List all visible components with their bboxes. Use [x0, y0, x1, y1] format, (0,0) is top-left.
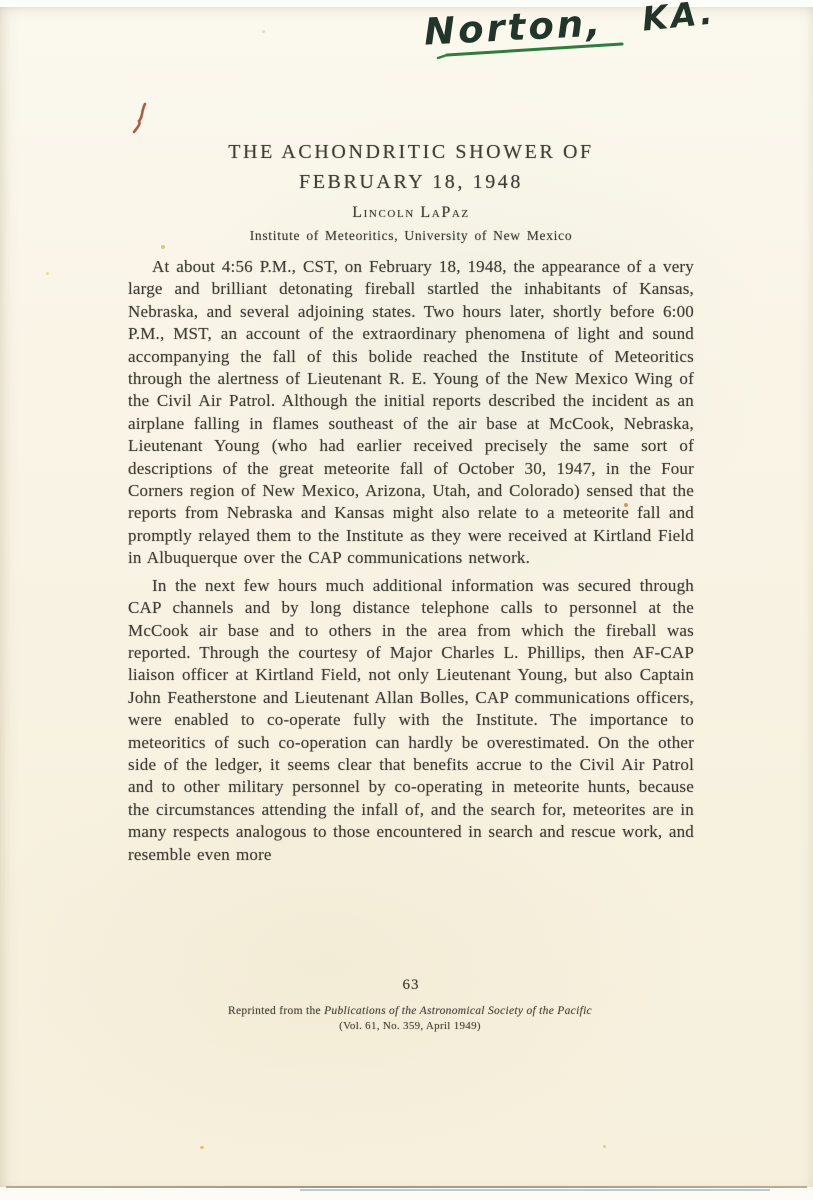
author-affiliation: Institute of Meteoritics, University of …	[128, 228, 694, 244]
scanned-paper-page: Norton, KA. THE ACHONDRITIC SHOWER OF FE…	[0, 0, 813, 1200]
author-name: Lincoln LaPaz	[128, 204, 694, 222]
article-title-line2: FEBRUARY 18, 1948	[128, 171, 694, 194]
paragraph-1: At about 4:56 P.M., CST, on February 18,…	[128, 256, 694, 570]
article-title-line1: THE ACHONDRITIC SHOWER OF	[128, 141, 694, 164]
paragraph-2: In the next few hours much additional in…	[128, 575, 694, 866]
journal-title: Publications of the Astronomical Society…	[324, 1005, 592, 1017]
volume-line: (Vol. 61, No. 359, April 1949)	[60, 1020, 760, 1032]
reprint-source-line: Reprinted from the Publications of the A…	[60, 1005, 760, 1017]
reprint-footer: Reprinted from the Publications of the A…	[60, 1005, 760, 1032]
scanner-bottom-edge	[0, 1191, 813, 1200]
article-body: At about 4:56 P.M., CST, on February 18,…	[128, 256, 694, 871]
reprint-prefix: Reprinted from the	[228, 1005, 324, 1017]
page-bottom-edge	[6, 1186, 807, 1188]
page-number: 63	[128, 977, 694, 994]
